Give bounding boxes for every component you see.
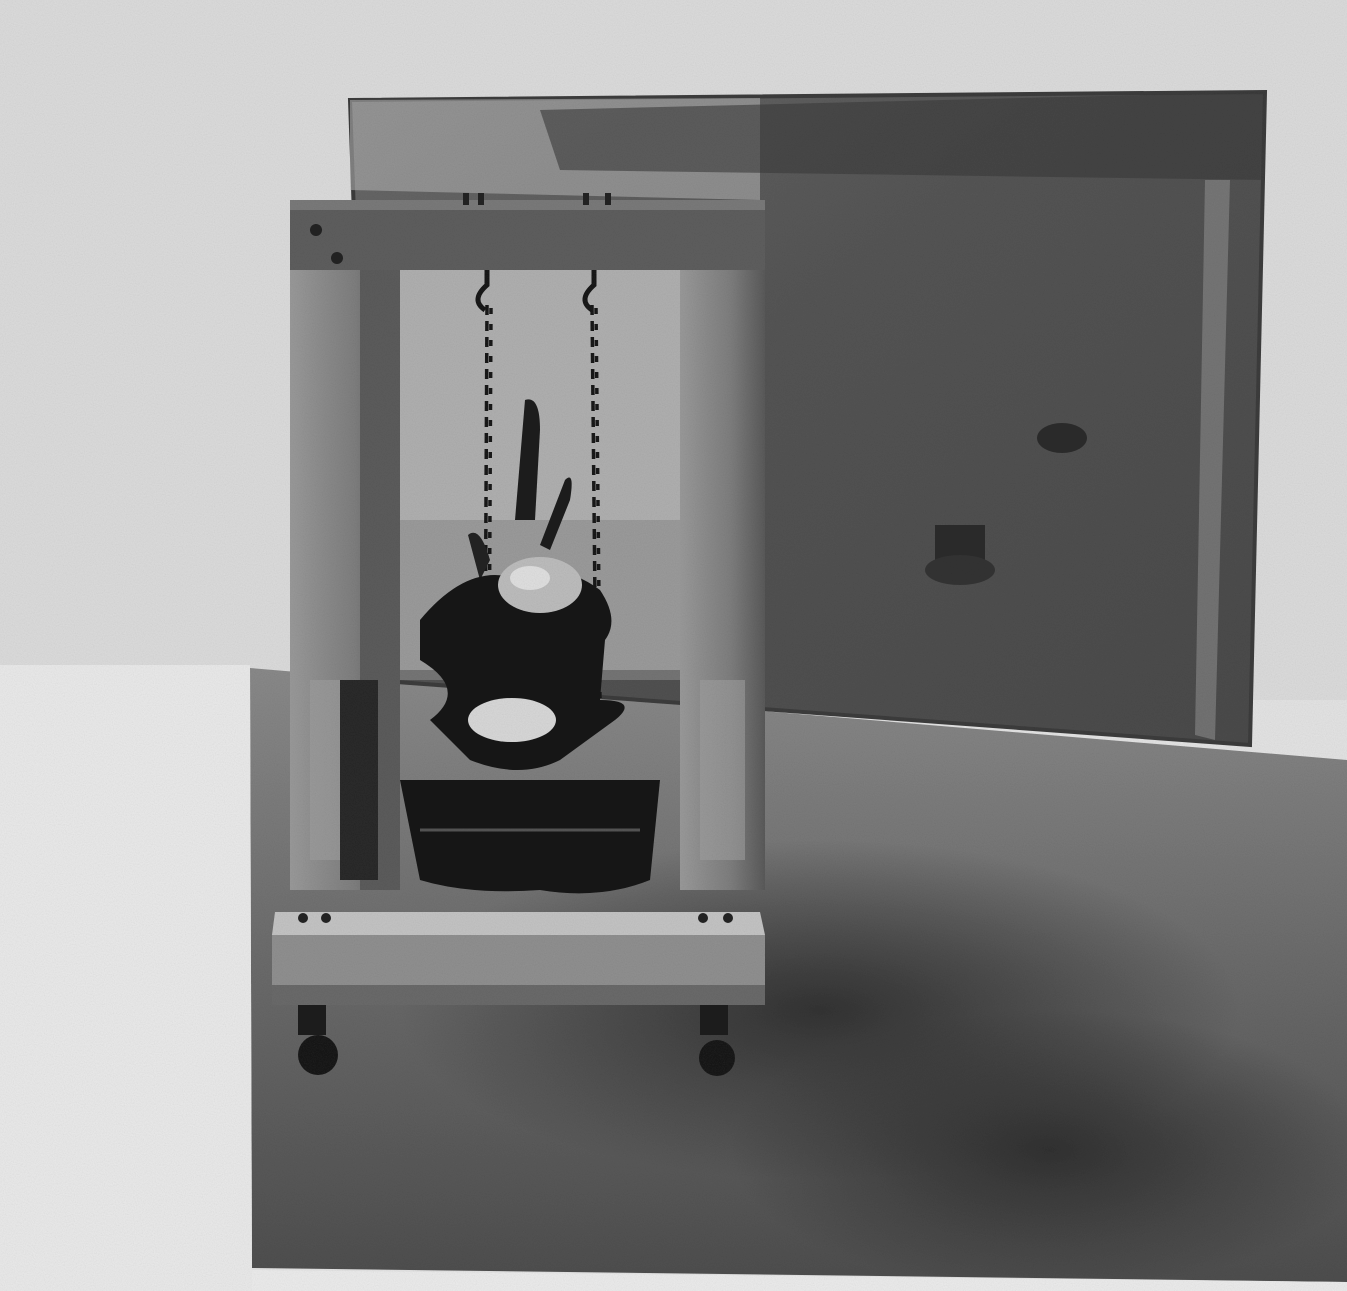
base-platform <box>272 912 765 935</box>
frame-top-crossbar <box>290 200 765 270</box>
sculpture-photograph: Wooden rectangular frame on four caster … <box>0 0 1347 1291</box>
